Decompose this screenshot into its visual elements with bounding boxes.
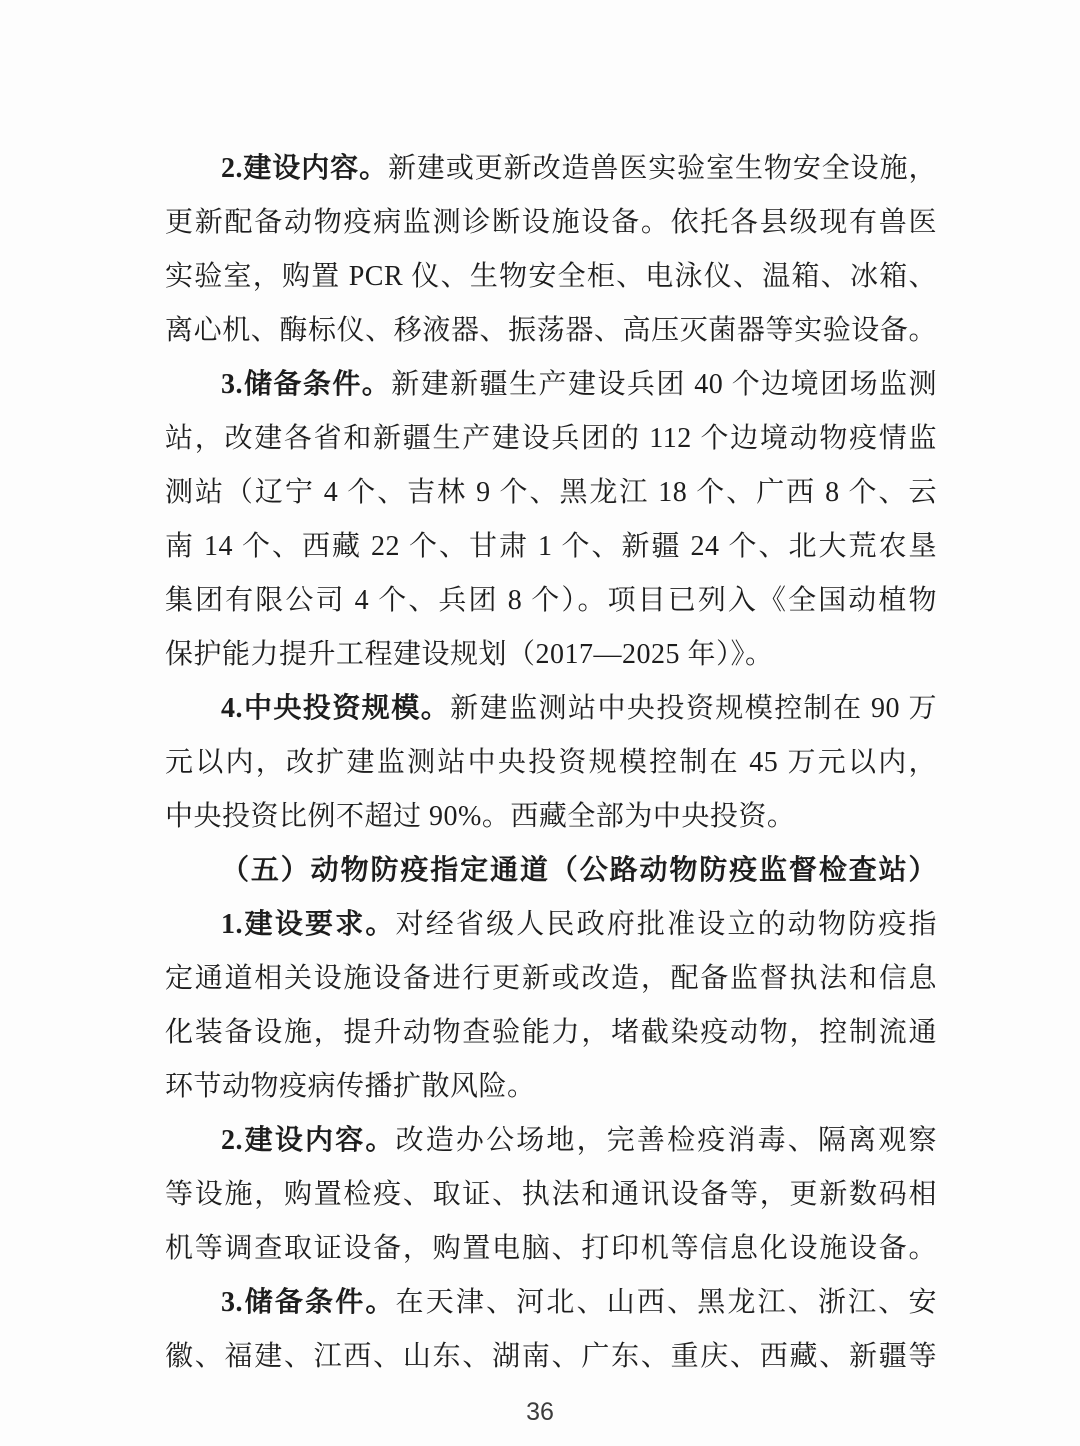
text-line: 离心机、酶标仪、移液器、振荡器、高压灭菌器等实验设备。 <box>165 304 937 358</box>
text-line-content: 化装备设施，提升动物查验能力，堵截染疫动物，控制流通 <box>165 1017 937 1048</box>
text-line-content: 等设施，购置检疫、取证、执法和通讯设备等，更新数码相 <box>165 1179 937 1210</box>
text-line: 2.建设内容。新建或更新改造兽医实验室生物安全设施， <box>165 142 937 196</box>
text-line: 机等调查取证设备，购置电脑、打印机等信息化设施设备。 <box>165 1222 937 1276</box>
page-number: 36 <box>0 1398 1080 1427</box>
text-line-content: 中央投资比例不超过 90%。西藏全部为中央投资。 <box>165 801 795 832</box>
text-line: 集团有限公司 4 个、兵团 8 个）。项目已列入《全国动植物 <box>165 574 937 628</box>
paragraph-label: 2.建设内容。 <box>221 153 388 184</box>
text-line-content: 元以内，改扩建监测站中央投资规模控制在 45 万元以内， <box>165 747 937 778</box>
text-line-content: 离心机、酶标仪、移液器、振荡器、高压灭菌器等实验设备。 <box>165 315 937 346</box>
text-line: 定通道相关设施设备进行更新或改造，配备监督执法和信息 <box>165 952 937 1006</box>
text-line-content: 徽、福建、江西、山东、湖南、广东、重庆、西藏、新疆等 <box>165 1341 937 1372</box>
text-line: 2.建设内容。改造办公场地，完善检疫消毒、隔离观察 <box>165 1114 937 1168</box>
text-line-content: 在天津、河北、山西、黑龙江、浙江、安 <box>396 1287 937 1318</box>
text-line: 更新配备动物疫病监测诊断设施设备。依托各县级现有兽医 <box>165 196 937 250</box>
text-line-content: 集团有限公司 4 个、兵团 8 个）。项目已列入《全国动植物 <box>165 585 937 616</box>
text-line-content: 更新配备动物疫病监测诊断设施设备。依托各县级现有兽医 <box>165 207 937 238</box>
text-line-content: 实验室，购置 PCR 仪、生物安全柜、电泳仪、温箱、冰箱、 <box>165 261 937 292</box>
section-heading: （五）动物防疫指定通道（公路动物防疫监督检查站） <box>165 844 937 898</box>
text-line-content: 保护能力提升工程建设规划（2017—2025 年）》。 <box>165 639 774 670</box>
text-line: 中央投资比例不超过 90%。西藏全部为中央投资。 <box>165 790 937 844</box>
text-line: 化装备设施，提升动物查验能力，堵截染疫动物，控制流通 <box>165 1006 937 1060</box>
text-line: 元以内，改扩建监测站中央投资规模控制在 45 万元以内， <box>165 736 937 790</box>
text-line: 1.建设要求。对经省级人民政府批准设立的动物防疫指 <box>165 898 937 952</box>
text-line: 等设施，购置检疫、取证、执法和通讯设备等，更新数码相 <box>165 1168 937 1222</box>
text-line-content: 新建新疆生产建设兵团 40 个边境团场监测 <box>391 369 937 400</box>
text-line: 实验室，购置 PCR 仪、生物安全柜、电泳仪、温箱、冰箱、 <box>165 250 937 304</box>
text-line-content: 环节动物疫病传播扩散风险。 <box>165 1071 536 1102</box>
text-line: 3.储备条件。在天津、河北、山西、黑龙江、浙江、安 <box>165 1276 937 1330</box>
paragraph-label: 1.建设要求。 <box>221 909 396 940</box>
text-line: 保护能力提升工程建设规划（2017—2025 年）》。 <box>165 628 937 682</box>
paragraph-label: 3.储备条件。 <box>221 369 391 400</box>
text-line-content: 新建或更新改造兽医实验室生物安全设施， <box>388 153 937 184</box>
text-line: 南 14 个、西藏 22 个、甘肃 1 个、新疆 24 个、北大荒农垦 <box>165 520 937 574</box>
text-line: 3.储备条件。新建新疆生产建设兵团 40 个边境团场监测 <box>165 358 937 412</box>
text-line: 环节动物疫病传播扩散风险。 <box>165 1060 937 1114</box>
paragraph-label: 2.建设内容。 <box>221 1125 396 1156</box>
document-text-block: 2.建设内容。新建或更新改造兽医实验室生物安全设施， 更新配备动物疫病监测诊断设… <box>165 142 937 1384</box>
text-line-content: 测站（辽宁 4 个、吉林 9 个、黑龙江 18 个、广西 8 个、云 <box>165 477 937 508</box>
text-line-content: 定通道相关设施设备进行更新或改造，配备监督执法和信息 <box>165 963 937 994</box>
text-line-content: 机等调查取证设备，购置电脑、打印机等信息化设施设备。 <box>165 1233 937 1264</box>
text-line-content: 南 14 个、西藏 22 个、甘肃 1 个、新疆 24 个、北大荒农垦 <box>165 531 937 562</box>
text-line: 站，改建各省和新疆生产建设兵团的 112 个边境动物疫情监 <box>165 412 937 466</box>
paragraph-label: 3.储备条件。 <box>221 1287 396 1318</box>
text-line-content: 改造办公场地，完善检疫消毒、隔离观察 <box>396 1125 937 1156</box>
section-heading-text: （五）动物防疫指定通道（公路动物防疫监督检查站） <box>221 855 937 886</box>
paragraph-label: 4.中央投资规模。 <box>221 693 450 724</box>
text-line: 徽、福建、江西、山东、湖南、广东、重庆、西藏、新疆等 <box>165 1330 937 1384</box>
document-page: 2.建设内容。新建或更新改造兽医实验室生物安全设施， 更新配备动物疫病监测诊断设… <box>0 0 1080 1446</box>
text-line-content: 新建监测站中央投资规模控制在 90 万 <box>450 693 937 724</box>
text-line: 4.中央投资规模。新建监测站中央投资规模控制在 90 万 <box>165 682 937 736</box>
text-line-content: 对经省级人民政府批准设立的动物防疫指 <box>396 909 937 940</box>
text-line: 测站（辽宁 4 个、吉林 9 个、黑龙江 18 个、广西 8 个、云 <box>165 466 937 520</box>
text-line-content: 站，改建各省和新疆生产建设兵团的 112 个边境动物疫情监 <box>165 423 937 454</box>
